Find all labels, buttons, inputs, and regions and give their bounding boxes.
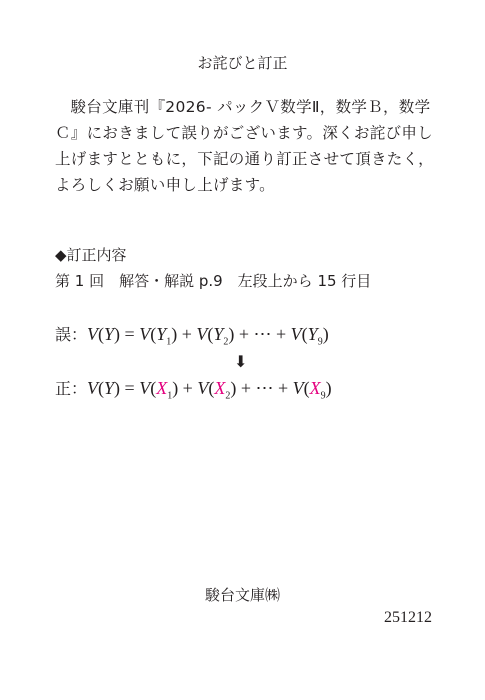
company-name: 駿台文庫㈱	[0, 584, 485, 605]
page-title: お詫びと訂正	[0, 52, 485, 73]
wrong-label: 誤：	[55, 325, 87, 344]
document-code: 251212	[384, 609, 432, 627]
wrong-equation: 誤：V(Y) = V(Y1) + V(Y2) + ⋯ + V(Y9)	[55, 322, 329, 348]
correction-heading: ◆訂正内容	[55, 244, 127, 265]
correction-location: 第 1 回 解答・解説 p.9 左段上から 15 行目	[55, 270, 371, 291]
apology-paragraph: 駿台文庫刊『2026- パックＶ数学Ⅱ，数学Ｂ，数学Ｃ』におきまして誤りがござい…	[55, 94, 440, 198]
arrow-down-icon: ⬇	[234, 352, 247, 371]
correct-equation: 正：V(Y) = V(X1) + V(X2) + ⋯ + V(X9)	[55, 376, 332, 402]
correct-label: 正：	[55, 379, 87, 398]
